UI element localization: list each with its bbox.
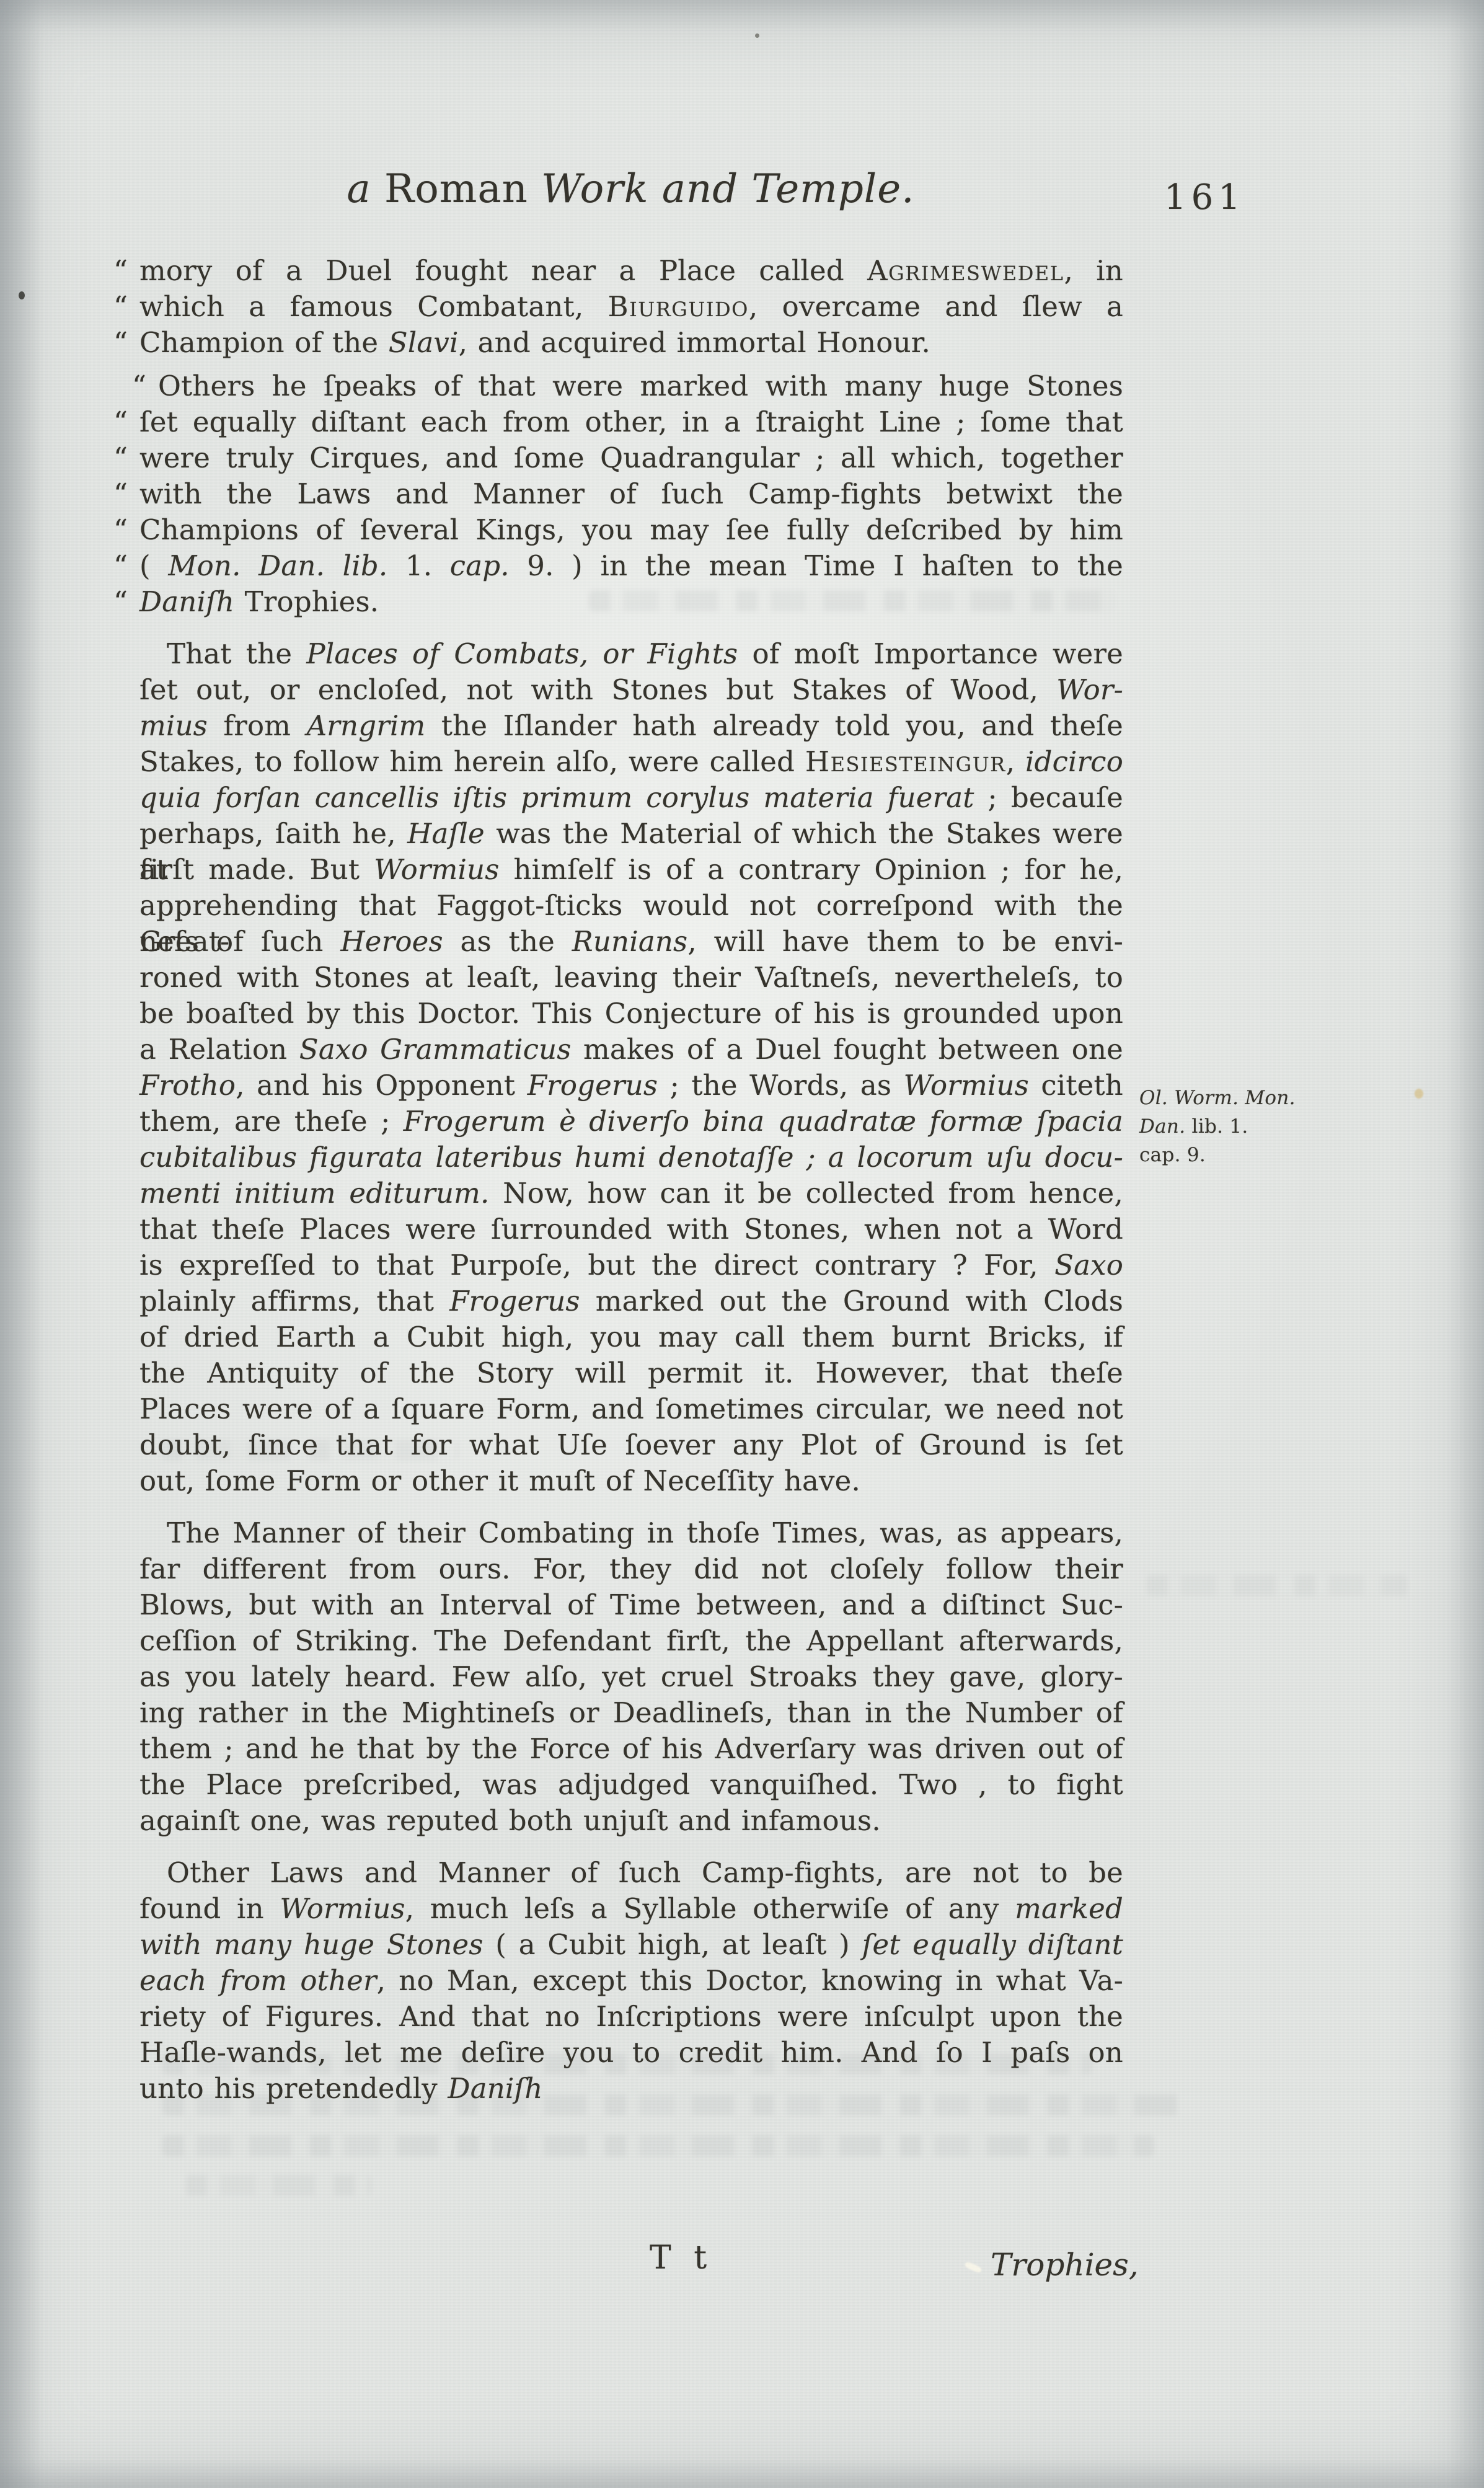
text-line: “( Mon. Dan. lib. 1. cap. 9. ) in the me… — [139, 548, 1123, 584]
text-line: againſt one, was reputed both unjuſt and… — [139, 1803, 1123, 1839]
text-line: That the Places of Combats, or Fights of… — [139, 636, 1123, 672]
italic-text: Wormius — [904, 1069, 1029, 1102]
small-caps-text: Agrimeswedel — [867, 254, 1064, 287]
show-through-ghost — [186, 2175, 372, 2196]
quotation-mark: “ — [113, 584, 128, 620]
paragraph: “Others he ſpeaks of that were marked wi… — [139, 368, 1123, 620]
text-line: “Daniſh Trophies. — [139, 584, 1123, 620]
text-line: Blows, but with an Interval of Time betw… — [139, 1587, 1123, 1623]
italic-text: Arngrim — [307, 709, 426, 742]
text-line: the Place preſcribed, was adjudged vanqu… — [139, 1767, 1123, 1803]
text-line: perhaps, ſaith he, Haſle was the Materia… — [139, 816, 1123, 852]
italic-text: Work and Temple. — [541, 166, 914, 212]
text-line: menti initium editurum. Now, how can it … — [139, 1175, 1123, 1211]
ink-speck — [755, 33, 759, 38]
text-line: quia forſan cancellis iſtis primum coryl… — [139, 780, 1123, 816]
italic-text: Trophies, — [991, 2247, 1139, 2283]
quotation-mark: “ — [113, 368, 146, 404]
italic-text: Wormius — [374, 853, 499, 886]
paragraph: That the Places of Combats, or Fights of… — [139, 636, 1123, 1499]
text-line: cubitalibus figurata lateribus humi deno… — [139, 1140, 1123, 1175]
text-line: out, ſome Form or other it muſt of Neceſ… — [139, 1463, 1123, 1499]
quotation-mark: “ — [113, 440, 128, 476]
quotation-mark: “ — [113, 404, 128, 440]
text-line: apprehending that Faggot-ſticks would no… — [139, 888, 1123, 924]
text-line: “Champion of the Slavi, and acquired imm… — [139, 325, 1123, 361]
italic-text: Slavi — [389, 326, 459, 359]
italic-text: Frogerus — [449, 1285, 580, 1317]
italic-text: cubitalibus figurata lateribus humi deno… — [139, 1141, 1123, 1174]
quotation-mark: “ — [113, 476, 128, 512]
text-line: that theſe Places were ſurrounded with S… — [139, 1211, 1123, 1247]
margin-note-line: Ol. Worm. Mon. — [1139, 1084, 1350, 1112]
italic-text: Saxo — [1054, 1249, 1123, 1282]
italic-text: each from other — [139, 1964, 377, 1997]
italic-text: Frogerus — [528, 1069, 658, 1102]
italic-text: Daniſh — [139, 585, 234, 618]
italic-text: Heroes — [340, 925, 443, 958]
text-line: “Champions of ſeveral Kings, you may ſee… — [139, 512, 1123, 548]
italic-text: Frogerum è diverſo bina quadratæ formæ ſ… — [404, 1105, 1123, 1138]
text-line: with many huge Stones ( a Cubit high, at… — [139, 1927, 1123, 1963]
text-line: plainly affirms, that Frogerus marked ou… — [139, 1283, 1123, 1319]
text-line: The Manner of their Combating in thoſe T… — [139, 1515, 1123, 1551]
text-line: “were truly Cirques, and ſome Quadrangul… — [139, 440, 1123, 476]
italic-text: idcirco — [1025, 745, 1123, 778]
text-line: roned with Stones at leaſt, leaving thei… — [139, 960, 1123, 996]
text-line: them ; and he that by the Force of his A… — [139, 1731, 1123, 1767]
text-line: ſet out, or encloſed, not with Stones bu… — [139, 672, 1123, 708]
italic-text: Haſle — [407, 817, 485, 850]
ink-speck — [19, 291, 25, 299]
text-line: “which a famous Combatant, Biurguido, ov… — [139, 289, 1123, 325]
text-line: firſt made. But Wormius himſelf is of a … — [139, 852, 1123, 888]
italic-text: Wor- — [1056, 673, 1123, 706]
catchword: Trophies, — [991, 2247, 1139, 2283]
quotation-mark: “ — [113, 512, 128, 548]
text-line: found in Wormius, much leſs a Syllable o… — [139, 1891, 1123, 1927]
text-line: doubt, ſince that for what Uſe ſoever an… — [139, 1427, 1123, 1463]
italic-text: with many huge Stones — [139, 1928, 484, 1961]
margin-note-line: Dan. lib. 1. — [1139, 1112, 1350, 1141]
italic-text: Frotho — [139, 1069, 236, 1102]
text-line: Other Laws and Manner of ſuch Camp-fight… — [139, 1855, 1123, 1891]
small-caps-text: Hesiesteingur — [805, 745, 1006, 778]
text-line: Stakes, to follow him herein alſo, were … — [139, 744, 1123, 780]
show-through-ghost — [1147, 1575, 1407, 1596]
text-block: “mory of a Duel fought near a Place call… — [139, 253, 1123, 2123]
italic-text: Runians — [572, 925, 688, 958]
italic-text: Ol. Worm. Mon. — [1139, 1087, 1296, 1109]
paper-flake — [964, 2261, 983, 2274]
text-line: them, are theſe ; Frogerum è diverſo bin… — [139, 1104, 1123, 1140]
text-line: Frotho, and his Opponent Frogerus ; the … — [139, 1068, 1123, 1104]
text-line: the Antiquity of the Story will permit i… — [139, 1355, 1123, 1391]
foxing-spot — [1415, 1089, 1423, 1099]
text-line: is expreſſed to that Purpoſe, but the di… — [139, 1247, 1123, 1283]
italic-text: menti initium editurum. — [139, 1177, 490, 1210]
text-line: riety of Figures. And that no Inſcriptio… — [139, 1999, 1123, 2035]
text-line: as you lately heard. Few alſo, yet cruel… — [139, 1659, 1123, 1695]
text-line: “Others he ſpeaks of that were marked wi… — [139, 368, 1123, 404]
text-line: far different from ours. For, they did n… — [139, 1551, 1123, 1587]
italic-text: Dan. — [1139, 1115, 1185, 1138]
paragraph: Other Laws and Manner of ſuch Camp-fight… — [139, 1855, 1123, 2107]
margin-note: Ol. Worm. Mon.Dan. lib. 1.cap. 9. — [1139, 1084, 1350, 1169]
text-line: Haſle-wands, let me deſire you to credit… — [139, 2035, 1123, 2071]
text-line: be boaſted by this Doctor. This Conjectu… — [139, 996, 1123, 1032]
paragraph: The Manner of their Combating in thoſe T… — [139, 1515, 1123, 1839]
page-number: 161 — [1164, 177, 1245, 218]
text-line: ing rather in the Mightineſs or Deadline… — [139, 1695, 1123, 1731]
italic-text: quia forſan cancellis iſtis primum coryl… — [139, 781, 974, 814]
small-caps-text: Biurguido — [608, 290, 749, 323]
text-line: “with the Laws and Manner of ſuch Camp-f… — [139, 476, 1123, 512]
italic-text: Saxo Grammaticus — [299, 1033, 572, 1066]
margin-note-line: cap. 9. — [1139, 1141, 1350, 1169]
quotation-mark: “ — [113, 548, 128, 584]
quotation-mark: “ — [113, 325, 128, 361]
text-line: unto his pretendedly Daniſh — [139, 2071, 1123, 2107]
quotation-mark: “ — [113, 289, 128, 325]
italic-text: a — [347, 166, 371, 212]
text-line: “ſet equally diſtant each from other, in… — [139, 404, 1123, 440]
italic-text: Daniſh — [448, 2072, 542, 2105]
text-line: a Relation Saxo Grammaticus makes of a D… — [139, 1032, 1123, 1068]
italic-text: cap. — [450, 549, 510, 582]
text-line: ceſſion of Striking. The Defendant firſt… — [139, 1623, 1123, 1659]
italic-text: Places of Combats, or Fights — [306, 637, 738, 670]
signature-mark: T t — [650, 2239, 713, 2277]
text-line: Places were of a ſquare Form, and ſometi… — [139, 1391, 1123, 1427]
italic-text: mius — [139, 709, 208, 742]
text-line: neſs of ſuch Heroes as the Runians, will… — [139, 924, 1123, 960]
book-page-scan: a Roman Work and Temple. 161 “mory of a … — [0, 0, 1484, 2488]
paragraph: “mory of a Duel fought near a Place call… — [139, 253, 1123, 361]
italic-text: ſet equally diſtant — [862, 1928, 1123, 1961]
text-line: each from other, no Man, except this Doc… — [139, 1963, 1123, 1999]
italic-text: marked — [1015, 1892, 1123, 1925]
text-line: “mory of a Duel fought near a Place call… — [139, 253, 1123, 289]
italic-text: Wormius — [280, 1892, 405, 1925]
text-line: of dried Earth a Cubit high, you may cal… — [139, 1319, 1123, 1355]
italic-text: Mon. Dan. lib. — [168, 549, 387, 582]
show-through-ghost — [162, 2135, 1154, 2156]
quotation-mark: “ — [113, 253, 128, 289]
running-title: a Roman Work and Temple. — [139, 166, 1122, 212]
text-line: mius from Arngrim the Iſlander hath alre… — [139, 708, 1123, 744]
